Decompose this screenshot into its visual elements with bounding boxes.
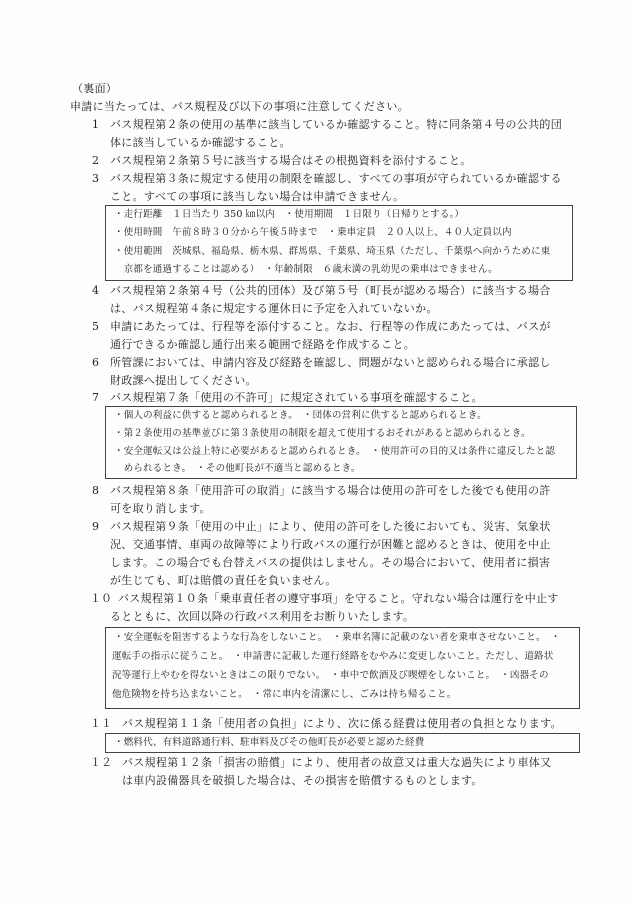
box-line: ・安全運転を阻害するような行為をしないこと。 ・乗車名簿に記載のない者を乗車させ… <box>114 629 560 647</box>
item-text: 況、交通事情、車両の故障等により行政バスの運行が困難と認めるときは、使用を中止 <box>110 536 551 554</box>
item-number: 6 <box>92 354 99 372</box>
box-line: ・使用時間 午前８時３０分から午後５時まで ・乗車定員 ２０人以上、４０人定員以… <box>114 224 512 242</box>
box-line: ・使用範囲 茨城県、福島県、栃木県、群馬県、千葉県、埼玉県（ただし、千葉県へ向か… <box>114 243 551 261</box>
item-number: 5 <box>92 318 99 336</box>
item-text: バス規程第１１条「使用者の負担」により、次に係る経費は使用者の負担となります。 <box>122 715 562 733</box>
box-line: ・燃料代、有料道路通行料、駐車料及びその他町長が必要と認めた経費 <box>114 734 424 752</box>
page-heading: （裏面） <box>72 80 117 98</box>
item-number: １０ <box>90 590 112 608</box>
box-line: ・安全運転又は公益上特に必要があると認められるとき。 ・使用許可の目的又は条件に… <box>114 443 555 461</box>
item-text: 可を取り消します。 <box>110 500 211 518</box>
item-text: バス規程第３条に規定する使用の制限を確認し、すべての事項が守られているか確認する <box>110 170 562 188</box>
box-line: 他危険物を持ち込まないこと。 ・常に車内を清潔にし、ごみは持ち帰ること。 <box>112 686 456 704</box>
item-text: 所管課においては、申請内容及び経路を確認し、問題がないと認められる場合に承認し <box>110 354 551 372</box>
box-line: ・第２条使用の基準並びに第３条使用の制限を超えて使用するおそれがあると認められる… <box>114 425 531 443</box>
item-text: が生じても、町は賠償の責任を負いません。 <box>110 572 337 590</box>
item-text: バス規程第９条「使用の中止」により、使用の許可をした後においても、災害、気象状 <box>110 518 551 536</box>
item-text: バス規程第２条の使用の基準に該当しているか確認すること。特に同条第４号の公共的団 <box>110 116 562 134</box>
box-line: ・走行距離 １日当たり 350 ㎞以内 ・使用期間 １日限り（日帰りとする。） <box>114 206 464 224</box>
item-number: 1 <box>92 116 99 134</box>
item-text: します。この場合でも台替えバスの提供はしません。その場合において、使用者に損害 <box>110 554 550 572</box>
item-text: バス規程第７条「使用の不許可」に規定されている事項を確認すること。 <box>110 389 483 407</box>
item-text: は車内設備器具を破損した場合は、その損害を賠償するものとします。 <box>122 772 483 790</box>
item-number: 7 <box>92 389 99 407</box>
item-text: は、バス規程第４条に規定する運休日に予定を入れていないか。 <box>110 300 438 318</box>
non-permission-box: ・個人の利益に供すると認められるとき。 ・団体の営利に供すると認められるとき。 … <box>105 406 577 479</box>
item-text: バス規程第２条第５号に該当する場合はその根拠資料を添付すること。 <box>110 152 472 170</box>
rider-rules-box: ・安全運転を阻害するような行為をしないこと。 ・乗車名簿に記載のない者を乗車させ… <box>105 627 580 709</box>
item-text: 財政課へ提出してください。 <box>110 372 257 390</box>
item-text: 体に該当しているか確認すること。 <box>110 134 291 152</box>
item-number: １１ <box>90 715 112 733</box>
item-text: バス規程第１２条「損害の賠償」により、使用者の故意又は重大な過失により車体又 <box>122 754 551 772</box>
user-costs-box: ・燃料代、有料道路通行料、駐車料及びその他町長が必要と認めた経費 <box>105 733 580 753</box>
item-number: 8 <box>92 482 99 500</box>
item-text: 通行できるか確認し通行出来る範囲で経路を作成すること。 <box>110 336 415 354</box>
item-number: 2 <box>92 152 99 170</box>
item-text: 申請にあたっては、行程等を添付すること。なお、行程等の作成にあたっては、バスが <box>110 318 551 336</box>
item-number: １２ <box>90 754 112 772</box>
box-line: 運転手の指示に従うこと。 ・申請書に記載した運行経路をむやみに変更しないこと。た… <box>112 648 553 666</box>
box-line: 況等運行上やむを得ないときはこの限りでない。 ・車中で飲酒及び喫煙をしないこと。… <box>112 667 549 685</box>
box-line: ・個人の利益に供すると認められるとき。 ・団体の営利に供すると認められるとき。 <box>114 407 487 425</box>
box-line: 京都を通過することは認める） ・年齢制限 ６歳未満の乳幼児の乗車はできません。 <box>114 261 498 279</box>
intro-text: 申請に当たっては、バス規程及び以下の事項に注意してください。 <box>70 98 409 116</box>
item-text: るとともに、次回以降の行政バス利用をお断りいたします。 <box>110 608 414 626</box>
item-text: バス規程第２条第４号（公共的団体）及び第５号（町長が認める場合）に該当する場合 <box>110 282 551 300</box>
item-number: 4 <box>92 282 99 300</box>
item-text: バス規程第１０条「乗車責任者の遵守事項」を守ること。守れない場合は運行を中止す <box>118 590 559 608</box>
box-line: められるとき。 ・その他町長が不適当と認めるとき。 <box>114 460 361 478</box>
document-page: （裏面） 申請に当たっては、バス規程及び以下の事項に注意してください。 1 バス… <box>0 0 630 903</box>
item-number: 9 <box>92 518 99 536</box>
item-number: 3 <box>92 170 99 188</box>
item-text: バス規程第８条「使用許可の取消」に該当する場合は使用の許可をした後でも使用の許 <box>110 482 551 500</box>
usage-limits-box: ・走行距離 １日当たり 350 ㎞以内 ・使用期間 １日限り（日帰りとする。） … <box>105 205 573 281</box>
item-text: こと。すべての事項に該当しない場合は申請できません。 <box>110 188 404 206</box>
